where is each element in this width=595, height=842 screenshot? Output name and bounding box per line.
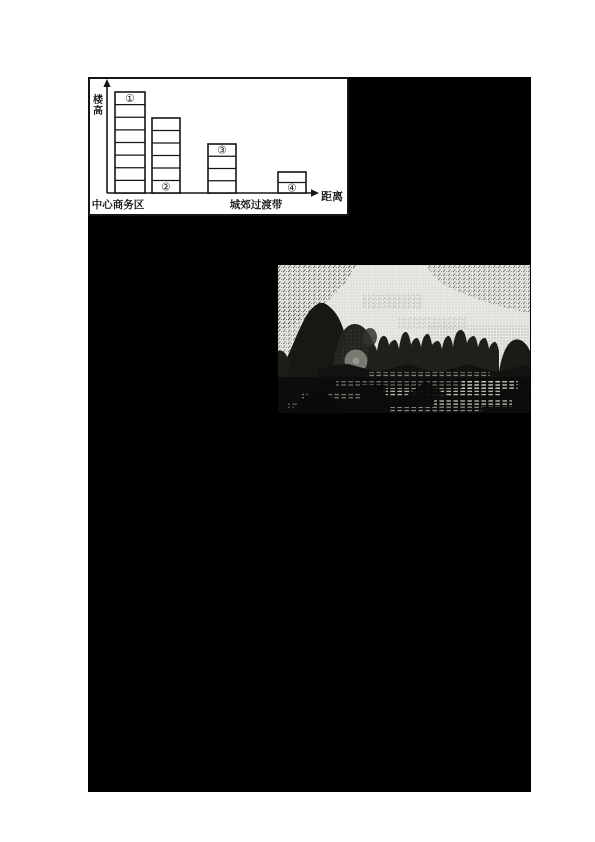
chart-svg: 楼高距离①②③④中心商务区城郊过渡带 [88,77,349,216]
building-bar-1: ① [115,92,145,193]
photo-round-mark-core [353,358,360,365]
x-axis-annotation-2: 城郊过渡带 [230,198,283,211]
photo-streak-7 [390,407,482,412]
photo-gray-knoll [363,328,377,346]
photo-sky-grain-center [362,295,422,309]
building-label: ④ [287,182,296,194]
building-label: ③ [217,145,226,157]
x-axis-annotation-1: 中心商务区 [92,198,145,211]
photo-streak-5 [434,399,512,407]
building-bar-4: ④ [278,172,306,194]
karst-landscape-photo [278,265,530,413]
building-bar-2: ② [152,118,180,193]
scanned-black-region: 楼高距离①②③④中心商务区城郊过渡带 [88,77,531,792]
x-axis-label: 距离 [321,189,343,203]
building-height-chart: 楼高距离①②③④中心商务区城郊过渡带 [88,77,349,216]
document-page: 楼高距离①②③④中心商务区城郊过渡带 [0,0,595,842]
building-label: ① [125,93,134,105]
building-bar-3: ③ [208,144,236,193]
y-axis-label: 楼高 [93,93,104,117]
photo-svg [278,265,530,413]
photo-streak-4 [462,381,518,390]
photo-dark-column [362,385,386,411]
building-label: ② [161,181,170,193]
photo-streak-1 [368,372,490,378]
